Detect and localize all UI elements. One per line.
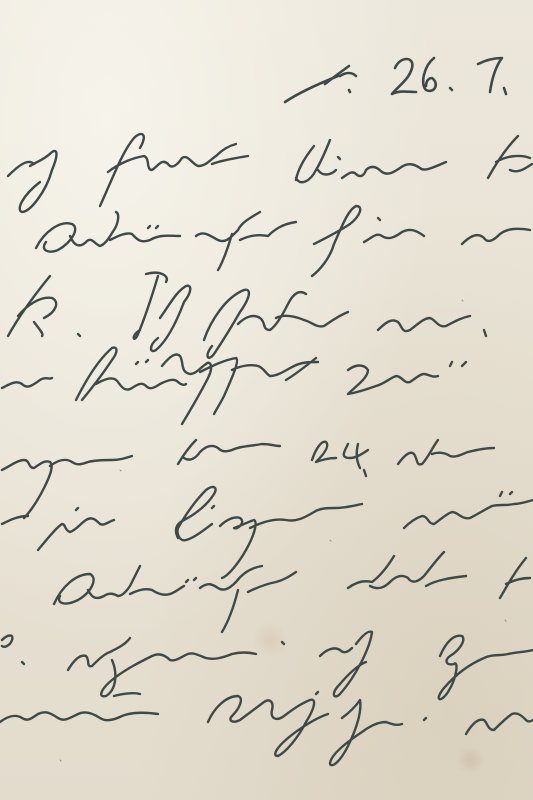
letter-page: d. 26. 7. ich fand Deine Ka Ankunft hier…: [0, 0, 533, 800]
date-strokes: [285, 58, 506, 102]
line-4-strokes: [2, 348, 466, 424]
handwriting-ink: [0, 0, 533, 800]
line-7-strokes: [54, 552, 530, 632]
line-9-strokes: [0, 692, 533, 765]
line-8-strokes: [2, 632, 533, 700]
line-2-strokes: [36, 206, 530, 276]
paper-specks: [60, 300, 506, 761]
line-1-strokes: [8, 134, 532, 212]
line-5-strokes: [2, 440, 494, 518]
line-3-strokes: [8, 273, 486, 358]
line-6-strokes: [2, 487, 533, 578]
